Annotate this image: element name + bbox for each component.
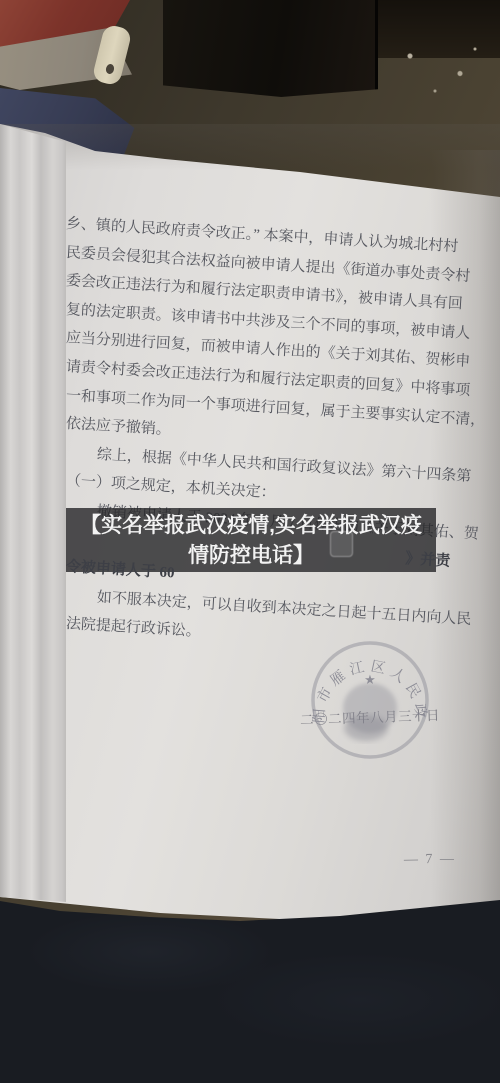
page-number: — 7 — [404,852,456,869]
page-curl-edge [0,124,66,902]
caption-line-2: 情防控电话】 [66,541,436,571]
photo-of-document: { "caption_overlay": { "line1": "【实名举报武汉… [0,0,500,1083]
floor-debris [390,35,490,105]
watermark-logo [330,531,353,557]
caption-text: 【实名举报武汉疫情,实名举报武汉疫 情防控电话】 [66,508,436,572]
document-text-over-band: 》并责令被申请人于 60 [66,212,476,682]
caption-line-1: 【实名举报武汉疫情,实名举报武汉疫 [66,511,436,541]
black-box-object [163,0,378,97]
paper-top-shadow [0,124,500,170]
seal-smudge [344,715,388,741]
